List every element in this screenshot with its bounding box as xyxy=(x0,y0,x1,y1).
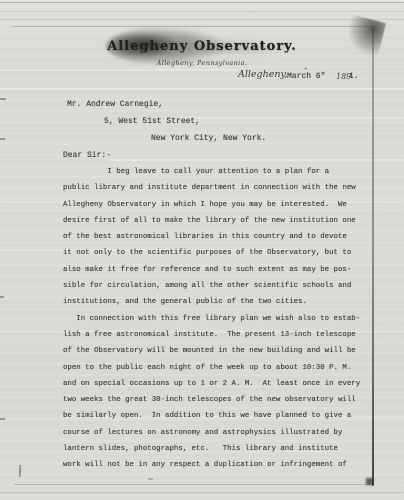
edge-tick xyxy=(0,296,4,298)
letter-line: and on special occasions up to 1 or 2 A.… xyxy=(63,376,383,392)
letter-line: desire first of all to make the library … xyxy=(63,213,383,229)
paper-bottom-edge xyxy=(14,484,372,485)
salutation: Dear Sir:- xyxy=(63,151,111,160)
letter-line: I beg leave to call your attention to a … xyxy=(63,164,383,180)
scan-speck xyxy=(148,478,153,480)
letter-line: lish a free astronomical institute. The … xyxy=(63,327,383,343)
recipient-city-line: New York City, New York. xyxy=(151,134,266,143)
dateline-year-typed: 1. xyxy=(349,72,359,81)
letter-line: it not only to the scientific purposes o… xyxy=(63,245,383,261)
letter-line: institutions, and the general public of … xyxy=(63,294,383,310)
letter-line: open to the public each night of the wee… xyxy=(63,360,383,376)
letter-line: Allegheny Observatory in which I hope yo… xyxy=(63,197,383,213)
edge-tick xyxy=(0,138,5,140)
edge-tick xyxy=(0,98,6,100)
letterhead-title: Allegheny Observatory. xyxy=(107,39,297,54)
letter-line: of the Observatory will be mounted in th… xyxy=(63,343,383,359)
letter-line: public library and institute department … xyxy=(63,180,383,196)
letter-line: lantern slides, photographs, etc. This l… xyxy=(63,441,383,457)
dateline-date-typed: March 6" xyxy=(287,72,325,81)
letter-line: work will not be in any respect a duplic… xyxy=(63,457,383,473)
recipient-name-line: Mr. Andrew Carnegie, xyxy=(67,100,163,109)
letterhead-subtitle: Allegheny, Pennsylvania. xyxy=(157,59,248,67)
recipient-street-line: 5, West 51st Street, xyxy=(104,117,200,126)
letter-line: two weeks the great 30-inch telescopes o… xyxy=(63,392,383,408)
edge-tick xyxy=(0,418,5,420)
letter-line: of the best astronomical libraries in th… xyxy=(63,229,383,245)
letter-line: course of lectures on astronomy and astr… xyxy=(63,425,383,441)
dateline-place-printed: Allegheny, xyxy=(238,69,288,80)
letter-body: I beg leave to call your attention to a … xyxy=(63,164,383,474)
letter-line: In connection with this free library pla… xyxy=(63,311,383,327)
paper-top-edge xyxy=(12,26,374,27)
letter-line: sible for circulation, among all the oth… xyxy=(63,278,383,294)
letter-line: be similarly open. In addition to this w… xyxy=(63,408,383,424)
letter-line: also make it free for reference and to s… xyxy=(63,262,383,278)
paper-corner-dot xyxy=(366,478,373,485)
